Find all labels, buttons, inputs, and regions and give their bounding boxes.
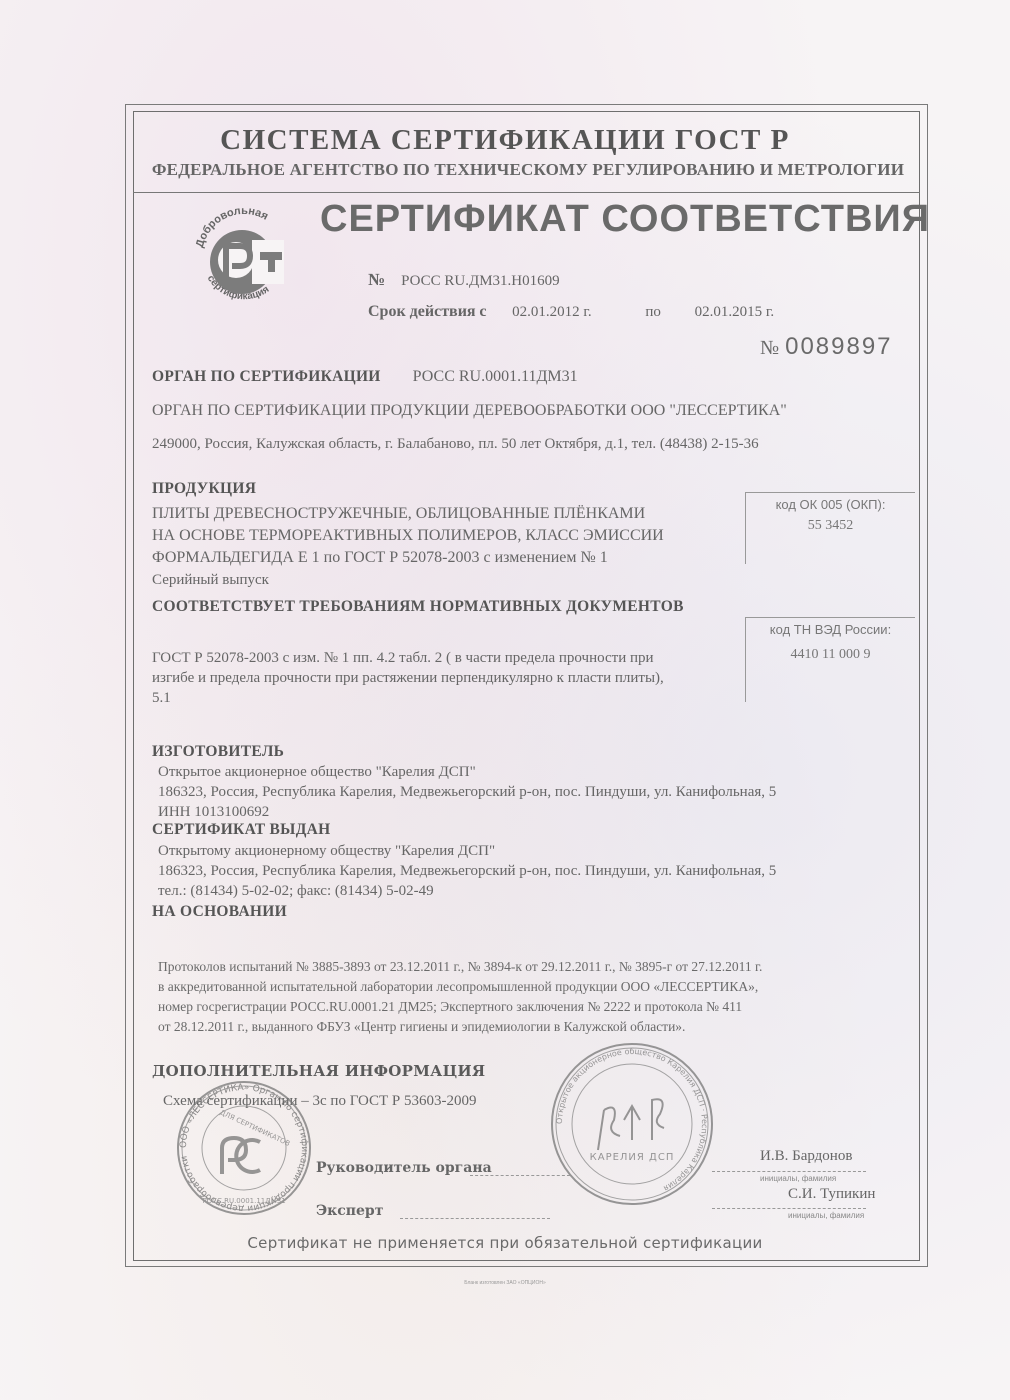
manufacturer-label: ИЗГОТОВИТЕЛЬ bbox=[152, 743, 284, 761]
valid-to: 02.01.2015 г. bbox=[695, 304, 774, 320]
issued-to-line: тел.: (81434) 5-02-02; факс: (81434) 5-0… bbox=[158, 881, 776, 901]
product-line: ПЛИТЫ ДРЕВЕСНОСТРУЖЕЧНЫЕ, ОБЛИЦОВАННЫЕ П… bbox=[152, 503, 664, 525]
conformity-line: изгибе и предела прочности при растяжени… bbox=[152, 668, 664, 688]
manufacturer-details: Открытое акционерное общество "Карелия Д… bbox=[158, 762, 776, 822]
certificate-title: СЕРТИФИКАТ СООТВЕТСТВИЯ bbox=[320, 198, 930, 241]
basis-details: Протоколов испытаний № 3885-3893 от 23.1… bbox=[158, 957, 762, 1037]
agency-name: ФЕДЕРАЛЬНОЕ АГЕНТСТВО ПО ТЕХНИЧЕСКОМУ РЕ… bbox=[138, 160, 918, 180]
certification-body-code: РОСС RU.0001.11ДМ31 bbox=[413, 368, 578, 385]
head-name: И.В. Бардонов bbox=[760, 1148, 852, 1165]
validity-from-label: с bbox=[479, 303, 486, 320]
manufacturer-line: Открытое акционерное общество "Карелия Д… bbox=[158, 762, 776, 782]
registration-number-value: РОСС RU.ДМ31.Н01609 bbox=[401, 273, 560, 289]
product-description: ПЛИТЫ ДРЕВЕСНОСТРУЖЕЧНЫЕ, ОБЛИЦОВАННЫЕ П… bbox=[152, 503, 664, 591]
okp-code-value: 55 3452 bbox=[746, 518, 915, 534]
basis-line: номер госрегистрации РОСС.RU.0001.21 ДМ2… bbox=[158, 997, 762, 1017]
company-stamp-icon: Открытое акционерное общество Карелия ДС… bbox=[548, 1040, 716, 1208]
expert-name: С.И. Тупикин bbox=[788, 1186, 875, 1203]
certification-body-address: 249000, Россия, Калужская область, г. Ба… bbox=[152, 436, 759, 453]
issued-to-label: СЕРТИФИКАТ ВЫДАН bbox=[152, 821, 331, 839]
certification-body-label: ОРГАН ПО СЕРТИФИКАЦИИ bbox=[152, 368, 381, 385]
registration-number: №РОСС RU.ДМ31.Н01609 bbox=[368, 270, 560, 290]
product-line: Серийный выпуск bbox=[152, 569, 664, 591]
manufacturer-line: 186323, Россия, Республика Карелия, Медв… bbox=[158, 782, 776, 802]
certification-body-row: ОРГАН ПО СЕРТИФИКАЦИИ РОСС RU.0001.11ДМ3… bbox=[152, 368, 578, 386]
validity-to-label: по bbox=[645, 304, 661, 320]
certification-body-name: ОРГАН ПО СЕРТИФИКАЦИИ ПРОДУКЦИИ ДЕРЕВООБ… bbox=[152, 402, 787, 420]
head-name-caption: инициалы, фамилия bbox=[760, 1174, 836, 1183]
expert-name-line bbox=[712, 1208, 866, 1209]
basis-label: НА ОСНОВАНИИ bbox=[152, 903, 287, 921]
basis-line: от 28.12.2011 г., выданного ФБУЗ «Центр … bbox=[158, 1017, 762, 1037]
issued-to-details: Открытому акционерному обществу "Карелия… bbox=[158, 841, 776, 901]
tnved-code-label: код ТН ВЭД России: bbox=[746, 622, 915, 637]
header-divider bbox=[133, 192, 920, 193]
product-label: ПРОДУКЦИЯ bbox=[152, 480, 256, 498]
conformity-line: 5.1 bbox=[152, 688, 664, 708]
tnved-code-box: код ТН ВЭД России: 4410 11 000 9 bbox=[745, 617, 915, 702]
head-name-line bbox=[712, 1171, 866, 1172]
basis-line: в аккредитованной испытательной лаборато… bbox=[158, 977, 762, 997]
conformity-documents: ГОСТ Р 52078-2003 с изм. № 1 пп. 4.2 таб… bbox=[152, 648, 664, 708]
expert-signature-label: Эксперт bbox=[316, 1203, 383, 1219]
print-info: Бланк изготовлен ЗАО «ОПЦИОН» bbox=[0, 1280, 1010, 1286]
basis-line: Протоколов испытаний № 3885-3893 от 23.1… bbox=[158, 957, 762, 977]
head-signature-line[interactable] bbox=[470, 1175, 570, 1176]
blank-number-sign: № bbox=[760, 337, 779, 359]
validity-period: Срок действия с 02.01.2012 г. по 02.01.2… bbox=[368, 303, 774, 321]
product-line: ФОРМАЛЬДЕГИДА Е 1 по ГОСТ Р 52078-2003 с… bbox=[152, 547, 664, 569]
valid-from: 02.01.2012 г. bbox=[512, 304, 591, 320]
conformity-line: ГОСТ Р 52078-2003 с изм. № 1 пп. 4.2 таб… bbox=[152, 648, 664, 668]
blank-number-value: 0089897 bbox=[785, 333, 892, 360]
okp-code-box: код ОК 005 (ОКП): 55 3452 bbox=[745, 492, 915, 564]
okp-code-label: код ОК 005 (ОКП): bbox=[746, 497, 915, 512]
svg-text:РОСС RU.0001.11ДМ31: РОСС RU.0001.11ДМ31 bbox=[202, 1197, 285, 1205]
head-signature-label: Руководитель органа bbox=[316, 1160, 492, 1176]
svg-text:КАРЕЛИЯ ДСП: КАРЕЛИЯ ДСП bbox=[590, 1152, 675, 1163]
tnved-code-value: 4410 11 000 9 bbox=[746, 647, 915, 663]
footer-note: Сертификат не применяется при обязательн… bbox=[0, 1234, 1010, 1252]
manufacturer-line: ИНН 1013100692 bbox=[158, 802, 776, 822]
expert-name-caption: инициалы, фамилия bbox=[788, 1211, 864, 1220]
number-sign: № bbox=[368, 270, 385, 289]
expert-signature-line[interactable] bbox=[400, 1218, 550, 1219]
system-title: СИСТЕМА СЕРТИФИКАЦИИ ГОСТ Р bbox=[0, 124, 1010, 157]
rst-logo-icon: Добровольная сертификация bbox=[188, 200, 300, 312]
issued-to-line: Открытому акционерному обществу "Карелия… bbox=[158, 841, 776, 861]
issued-to-line: 186323, Россия, Республика Карелия, Медв… bbox=[158, 861, 776, 881]
validity-label: Срок действия bbox=[368, 303, 476, 320]
blank-number: №0089897 bbox=[760, 333, 893, 361]
conformity-label: СООТВЕТСТВУЕТ ТРЕБОВАНИЯМ НОРМАТИВНЫХ ДО… bbox=[152, 598, 684, 616]
certification-body-stamp-icon: ООО «ЛЕССЕРТИКА» Орган по сертификации п… bbox=[174, 1078, 314, 1218]
product-line: НА ОСНОВЕ ТЕРМОРЕАКТИВНЫХ ПОЛИМЕРОВ, КЛА… bbox=[152, 525, 664, 547]
